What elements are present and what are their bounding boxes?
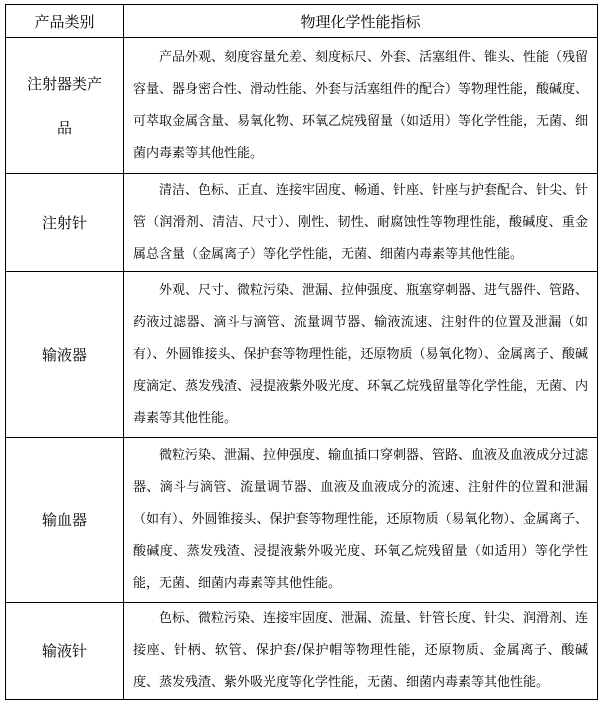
indicators-column-header: 物理化学性能指标	[124, 5, 598, 38]
document-page: 产品类别 物理化学性能指标 注射器类产品 产品外观、刻度容量允差、刻度标尺、外套…	[0, 0, 603, 704]
header-row: 产品类别 物理化学性能指标	[6, 5, 598, 38]
category-column-header: 产品类别	[6, 5, 124, 38]
table-row-injection-needle: 注射针 清洁、色标、正直、连接牢固度、畅通、针座、针座与护套配合、针尖、针管（润…	[6, 174, 598, 272]
table-row-transfusion-set: 输血器 微粒污染、泄漏、拉伸强度、输血插口穿刺器、管路、血液及血液成分过滤器、滴…	[6, 438, 598, 603]
indicators-text: 清洁、色标、正直、连接牢固度、畅通、针座、针座与护套配合、针尖、针管（润滑剂、清…	[133, 175, 588, 271]
indicators-cell: 外观、尺寸、微粒污染、泄漏、拉伸强度、瓶塞穿刺器、进气器件、管路、药液过滤器、滴…	[124, 272, 598, 438]
indicators-text: 微粒污染、泄漏、拉伸强度、输血插口穿刺器、管路、血液及血液成分过滤器、滴斗与滴管…	[133, 440, 588, 600]
table-row-infusion-needle: 输液针 色标、微粒污染、连接牢固度、泄漏、流量、针管长度、针尖、润滑剂、连接座、…	[6, 603, 598, 700]
indicators-cell: 清洁、色标、正直、连接牢固度、畅通、针座、针座与护套配合、针尖、针管（润滑剂、清…	[124, 174, 598, 272]
category-cell: 输液针	[6, 603, 124, 700]
indicators-text: 色标、微粒污染、连接牢固度、泄漏、流量、针管长度、针尖、润滑剂、连接座、针柄、软…	[133, 603, 588, 699]
indicators-text: 产品外观、刻度容量允差、刻度标尺、外套、活塞组件、锥头、性能（残留容量、器身密合…	[133, 42, 588, 170]
product-performance-table: 产品类别 物理化学性能指标 注射器类产品 产品外观、刻度容量允差、刻度标尺、外套…	[5, 4, 598, 700]
indicators-cell: 产品外观、刻度容量允差、刻度标尺、外套、活塞组件、锥头、性能（残留容量、器身密合…	[124, 38, 598, 174]
indicators-text: 外观、尺寸、微粒污染、泄漏、拉伸强度、瓶塞穿刺器、进气器件、管路、药液过滤器、滴…	[133, 275, 588, 435]
indicators-cell: 色标、微粒污染、连接牢固度、泄漏、流量、针管长度、针尖、润滑剂、连接座、针柄、软…	[124, 603, 598, 700]
table-row-syringe-products: 注射器类产品 产品外观、刻度容量允差、刻度标尺、外套、活塞组件、锥头、性能（残留…	[6, 38, 598, 174]
category-cell: 输液器	[6, 272, 124, 438]
indicators-cell: 微粒污染、泄漏、拉伸强度、输血插口穿刺器、管路、血液及血液成分过滤器、滴斗与滴管…	[124, 438, 598, 603]
category-cell: 注射器类产品	[6, 38, 124, 174]
category-cell: 输血器	[6, 438, 124, 603]
table-row-infusion-set: 输液器 外观、尺寸、微粒污染、泄漏、拉伸强度、瓶塞穿刺器、进气器件、管路、药液过…	[6, 272, 598, 438]
category-cell: 注射针	[6, 174, 124, 272]
